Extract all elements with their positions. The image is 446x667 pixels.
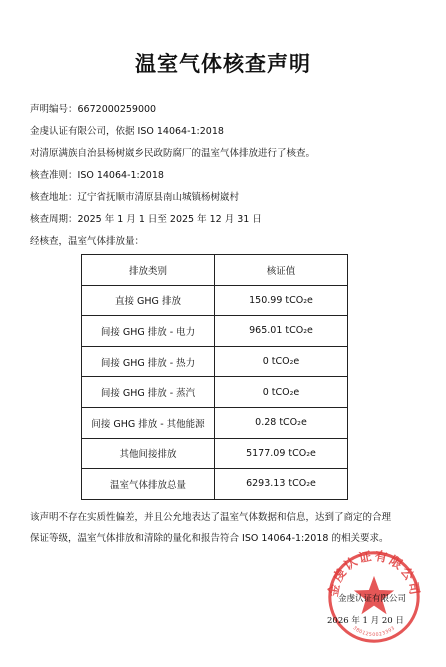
row-value: 5177.09 tCO₂e xyxy=(215,438,348,469)
table-row: 其他间接排放 5177.09 tCO₂e xyxy=(82,438,348,469)
verification-criteria: 核查准则：ISO 14064-1:2018 xyxy=(30,170,164,182)
row-value: 6293.13 tCO₂e xyxy=(215,469,348,500)
table-row: 直接 GHG 排放 150.99 tCO₂e xyxy=(82,285,348,316)
table-header-row: 排放类别 核证值 xyxy=(82,255,348,286)
table-row: 间接 GHG 排放 - 蒸汽 0 tCO₂e xyxy=(82,377,348,408)
column-header-category: 排放类别 xyxy=(82,255,215,286)
table-row: 间接 GHG 排放 - 热力 0 tCO₂e xyxy=(82,346,348,377)
svg-text:3801250023393: 3801250023393 xyxy=(352,625,397,638)
statement-number: 声明编号：6672000259000 xyxy=(30,104,156,116)
verification-period: 核查周期：2025 年 1 月 1 日至 2025 年 12 月 31 日 xyxy=(30,214,262,226)
row-value: 0 tCO₂e xyxy=(215,346,348,377)
row-value: 150.99 tCO₂e xyxy=(215,285,348,316)
row-value: 965.01 tCO₂e xyxy=(215,316,348,347)
row-category: 间接 GHG 排放 - 其他能源 xyxy=(82,407,215,438)
row-value: 0.28 tCO₂e xyxy=(215,407,348,438)
row-category: 间接 GHG 排放 - 热力 xyxy=(82,346,215,377)
row-value: 0 tCO₂e xyxy=(215,377,348,408)
conclusion-text: 该声明不存在实质性偏差，并且公允地表达了温室气体数据和信息，达到了商定的合理保证… xyxy=(30,507,396,549)
column-header-value: 核证值 xyxy=(215,255,348,286)
emissions-table: 排放类别 核证值 直接 GHG 排放 150.99 tCO₂e 间接 GHG 排… xyxy=(81,254,348,500)
row-category: 间接 GHG 排放 - 电力 xyxy=(82,316,215,347)
signature-date: 2026 年 1 月 20 日 xyxy=(327,614,404,626)
row-category: 直接 GHG 排放 xyxy=(82,285,215,316)
table-intro: 经核查，温室气体排放量： xyxy=(30,236,144,248)
row-category: 其他间接排放 xyxy=(82,438,215,469)
signature-company: 金虔认证有限公司 xyxy=(338,592,406,604)
page-title: 温室气体核查声明 xyxy=(0,48,446,78)
intro-line-2: 对清原满族自治县杨树崴乡民政防腐厂的温室气体排放进行了核查。 xyxy=(30,148,315,160)
row-category: 温室气体排放总量 xyxy=(82,469,215,500)
table-row-total: 温室气体排放总量 6293.13 tCO₂e xyxy=(82,469,348,500)
row-category: 间接 GHG 排放 - 蒸汽 xyxy=(82,377,215,408)
table-row: 间接 GHG 排放 - 电力 965.01 tCO₂e xyxy=(82,316,348,347)
verification-address: 核查地址：辽宁省抚顺市清原县南山城镇杨树崴村 xyxy=(30,192,239,204)
intro-line-1: 金虔认证有限公司，依据 ISO 14064-1:2018 xyxy=(30,126,224,138)
table-row: 间接 GHG 排放 - 其他能源 0.28 tCO₂e xyxy=(82,407,348,438)
